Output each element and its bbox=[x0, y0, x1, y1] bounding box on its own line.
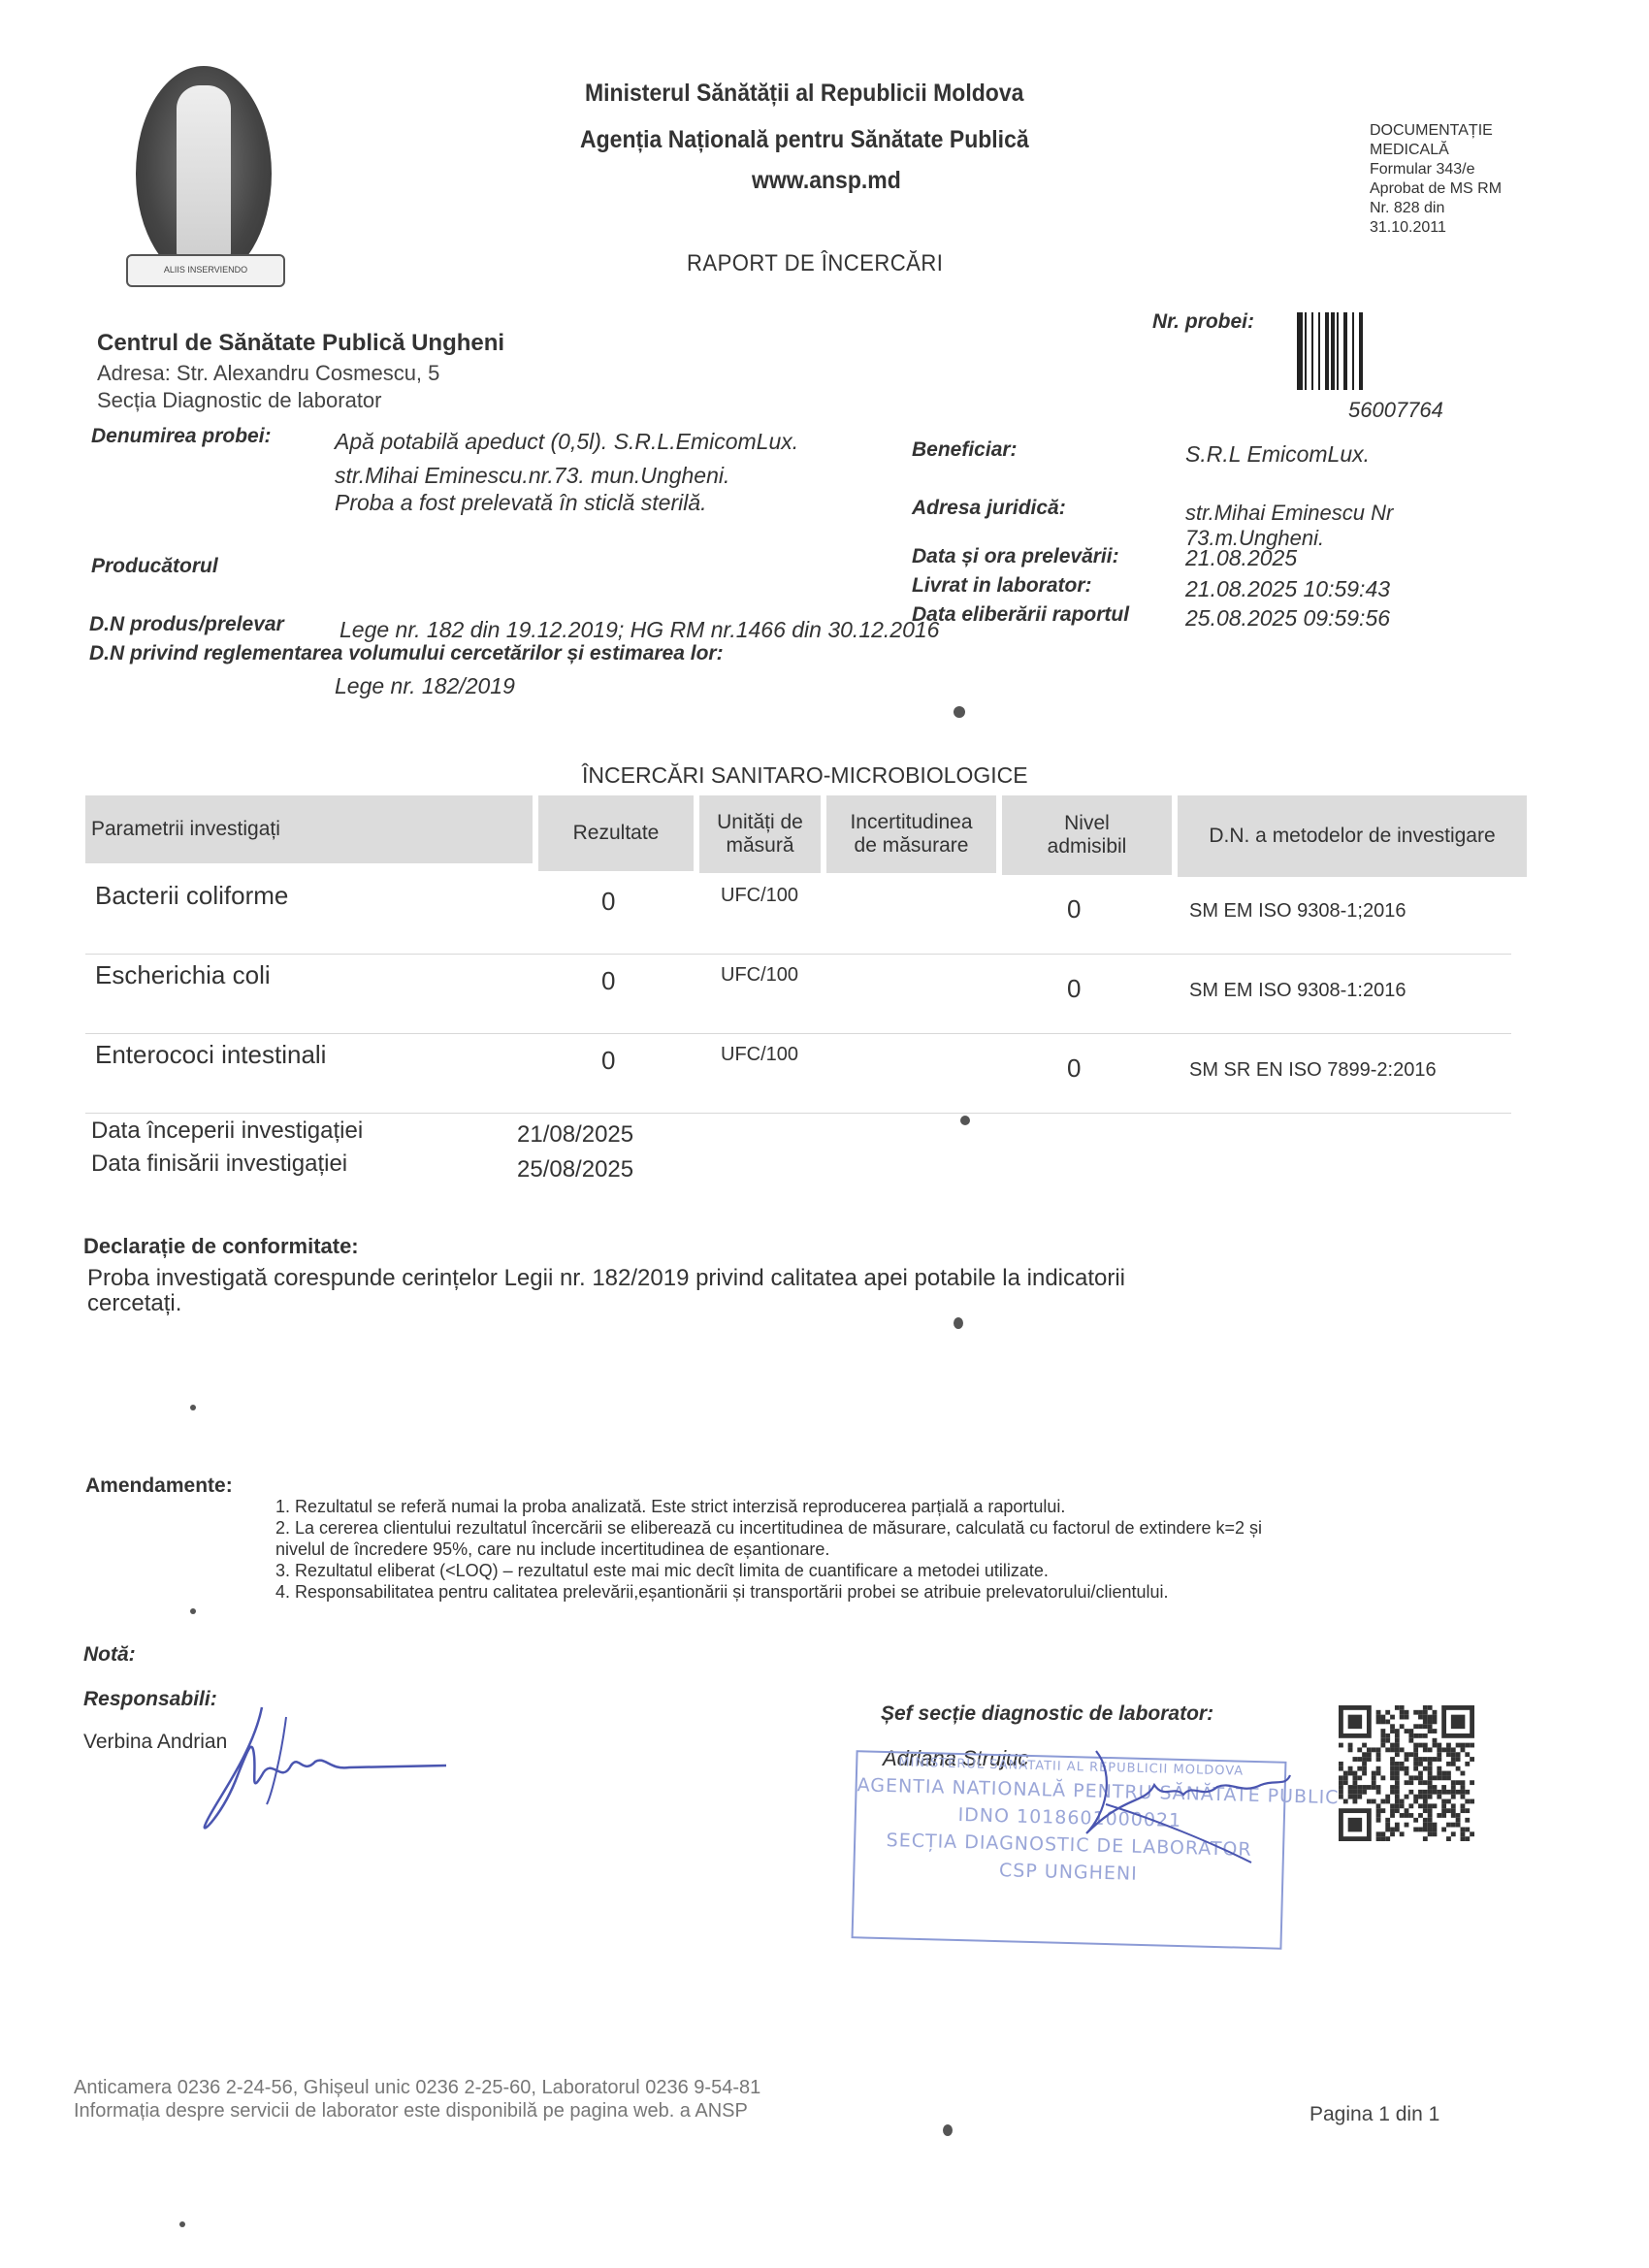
cell-unit: UFC/100 bbox=[721, 1044, 798, 1066]
scan-speck bbox=[190, 1608, 196, 1614]
dn-volume-value: Lege nr. 182/2019 bbox=[335, 673, 515, 699]
cell-method: SM EM ISO 9308-1;2016 bbox=[1189, 900, 1406, 923]
report-title: RAPORT DE ÎNCERCĂRI bbox=[687, 250, 943, 277]
cell-limit: 0 bbox=[1067, 974, 1081, 1004]
dn-product-label: D.N produs/prelevar bbox=[89, 613, 284, 636]
legal-address-line1: str.Mihai Eminescu Nr bbox=[1185, 501, 1393, 526]
legal-address-label: Adresa juridică: bbox=[912, 497, 1066, 520]
cell-limit: 0 bbox=[1067, 894, 1081, 924]
sample-name-line1: Apă potabilă apeduct (0,5l). S.R.L.Emico… bbox=[335, 429, 798, 455]
beneficiary-label: Beneficiar: bbox=[912, 438, 1018, 462]
doc-meta-line: Aprobat de MS RM bbox=[1370, 179, 1502, 199]
start-date-value: 21/08/2025 bbox=[517, 1121, 633, 1149]
cell-unit: UFC/100 bbox=[721, 964, 798, 987]
cell-method: SM EM ISO 9308-1:2016 bbox=[1189, 980, 1406, 1002]
amendment-item: 4. Responsabilitatea pentru calitatea pr… bbox=[275, 1581, 1262, 1603]
doc-meta-line: 31.10.2011 bbox=[1370, 218, 1502, 238]
doc-meta-line: Formular 343/e bbox=[1370, 160, 1502, 179]
dn-product-value: Lege nr. 182 din 19.12.2019; HG RM nr.14… bbox=[339, 617, 939, 643]
col-header-parameters: Parametrii investigați bbox=[85, 795, 533, 863]
conformity-text-line1: Proba investigată corespunde cerințelor … bbox=[87, 1265, 1125, 1292]
cell-result: 0 bbox=[601, 887, 615, 917]
amendments-label: Amendamente: bbox=[85, 1474, 233, 1498]
center-section: Secția Diagnostic de laborator bbox=[97, 388, 382, 413]
end-date-value: 25/08/2025 bbox=[517, 1156, 633, 1183]
col-header-limit: Niveladmisibil bbox=[1002, 795, 1172, 875]
scan-speck bbox=[943, 2124, 953, 2136]
sampling-date-label: Data și ora prelevării: bbox=[912, 545, 1119, 568]
cell-result: 0 bbox=[601, 1046, 615, 1076]
conformity-label: Declarație de conformitate: bbox=[83, 1234, 359, 1259]
cell-result: 0 bbox=[601, 966, 615, 996]
cell-parameter: Bacterii coliforme bbox=[95, 881, 288, 911]
sample-name-line3: Proba a fost prelevată în sticlă sterilă… bbox=[335, 490, 707, 516]
hygieia-figure-icon bbox=[177, 85, 231, 260]
document-meta: DOCUMENTAȚIE MEDICALĂ Formular 343/e Apr… bbox=[1370, 121, 1502, 238]
qr-code-icon bbox=[1339, 1705, 1474, 1841]
sample-number-value: 56007764 bbox=[1348, 398, 1443, 423]
conformity-text-line2: cercetați. bbox=[87, 1290, 181, 1317]
sample-name-line2: str.Mihai Eminescu.nr.73. mun.Ungheni. bbox=[335, 463, 729, 489]
delivered-value: 21.08.2025 10:59:43 bbox=[1185, 576, 1390, 602]
issue-date-value: 25.08.2025 09:59:56 bbox=[1185, 605, 1390, 632]
footer-info: Informația despre servicii de laborator … bbox=[74, 2099, 748, 2122]
scan-speck bbox=[960, 1116, 970, 1125]
ministry-name: Ministerul Sănătății al Republicii Moldo… bbox=[585, 80, 1023, 108]
scan-speck bbox=[190, 1405, 196, 1410]
row-divider bbox=[85, 954, 1511, 955]
doc-meta-line: MEDICALĂ bbox=[1370, 141, 1502, 160]
sample-name-label: Denumirea probei: bbox=[91, 425, 272, 448]
scan-speck bbox=[179, 2221, 185, 2227]
col-header-uncertainty: Incertitudineade măsurare bbox=[826, 795, 996, 873]
cell-method: SM SR EN ISO 7899-2:2016 bbox=[1189, 1059, 1437, 1082]
logo-motto: ALIIS INSERVIENDO bbox=[126, 254, 285, 287]
sampling-date-value: 21.08.2025 bbox=[1185, 545, 1297, 571]
scan-speck bbox=[954, 706, 965, 718]
doc-meta-line: DOCUMENTAȚIE bbox=[1370, 121, 1502, 141]
beneficiary-value: S.R.L EmicomLux. bbox=[1185, 441, 1370, 468]
agency-name: Agenția Națională pentru Sănătate Public… bbox=[580, 126, 1029, 154]
amendment-item: 2. La cererea clientului rezultatul înce… bbox=[275, 1517, 1262, 1539]
sample-number-label: Nr. probei: bbox=[1152, 310, 1254, 334]
start-date-label: Data începerii investigației bbox=[91, 1118, 363, 1145]
col-header-units: Unități demăsură bbox=[699, 795, 821, 873]
scan-speck bbox=[954, 1317, 963, 1329]
col-header-method: D.N. a metodelor de investigare bbox=[1178, 795, 1527, 877]
cell-parameter: Enterococi intestinali bbox=[95, 1040, 326, 1070]
cell-unit: UFC/100 bbox=[721, 885, 798, 907]
ministry-logo-hygieia: ALIIS INSERVIENDO bbox=[136, 66, 272, 281]
note-label: Notă: bbox=[83, 1643, 136, 1667]
tests-section-title: ÎNCERCĂRI SANITARO-MICROBIOLOGICE bbox=[582, 762, 1028, 789]
head-label: Șef secție diagnostic de laborator: bbox=[881, 1702, 1213, 1726]
doc-meta-line: Nr. 828 din bbox=[1370, 199, 1502, 218]
issue-date-label: Data eliberării raportul bbox=[912, 603, 1129, 627]
dn-volume-label: D.N privind reglementarea volumului cerc… bbox=[89, 642, 724, 665]
center-address: Adresa: Str. Alexandru Cosmescu, 5 bbox=[97, 361, 439, 386]
row-divider bbox=[85, 1033, 1511, 1034]
amendment-item: 3. Rezultatul eliberat (<LOQ) – rezultat… bbox=[275, 1560, 1262, 1581]
barcode-icon bbox=[1297, 312, 1510, 390]
row-divider bbox=[85, 1113, 1511, 1114]
delivered-label: Livrat in laborator: bbox=[912, 574, 1092, 598]
amendments-list: 1. Rezultatul se referă numai la proba a… bbox=[275, 1496, 1262, 1603]
signature-strujuc-icon bbox=[1067, 1746, 1300, 1872]
producer-label: Producătorul bbox=[91, 555, 218, 578]
amendment-item: nivelul de încredere 95%, care nu includ… bbox=[275, 1539, 1262, 1560]
results-table-header: Parametrii investigați Rezultate Unități… bbox=[85, 795, 1540, 878]
signature-verbina-icon bbox=[194, 1698, 485, 1843]
footer-contacts: Anticamera 0236 2-24-56, Ghișeul unic 02… bbox=[74, 2076, 760, 2099]
col-header-results: Rezultate bbox=[538, 795, 694, 871]
website: www.ansp.md bbox=[752, 167, 901, 195]
cell-parameter: Escherichia coli bbox=[95, 960, 271, 990]
page-number: Pagina 1 din 1 bbox=[1309, 2103, 1439, 2126]
amendment-item: 1. Rezultatul se referă numai la proba a… bbox=[275, 1496, 1262, 1517]
center-name: Centrul de Sănătate Publică Ungheni bbox=[97, 330, 504, 357]
end-date-label: Data finisării investigației bbox=[91, 1150, 347, 1178]
cell-limit: 0 bbox=[1067, 1053, 1081, 1084]
